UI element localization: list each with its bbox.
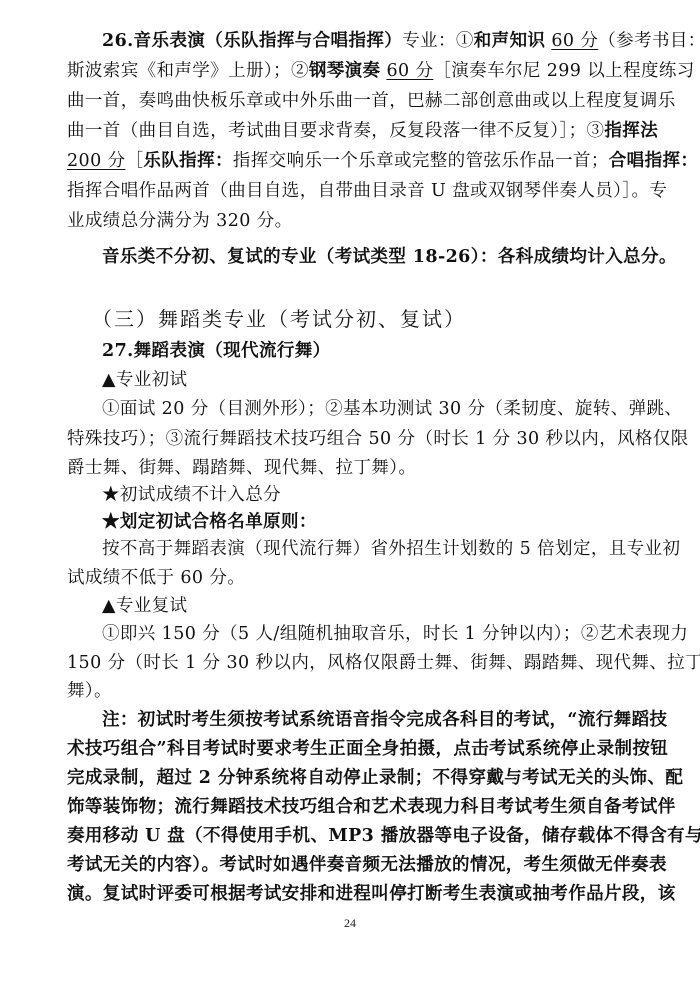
final-label: ▲专业复试: [102, 595, 632, 617]
document-page: 26.音乐表演（乐队指挥与合唱指挥）专业：①和声知识 60 分（参考书目： 斯波…: [0, 0, 700, 990]
label-orchestra-conducting: 乐队指挥：: [143, 151, 233, 171]
item-27-title: 27.舞蹈表演（现代流行舞）: [102, 340, 632, 362]
star-note-1: ★初试成绩不计入总分: [102, 484, 632, 506]
text: ［: [125, 151, 143, 171]
prelim-line-3: 爵士舞、街舞、蹋踏舞、现代舞、拉丁舞）。: [67, 457, 632, 479]
subject-harmony: 和声知识: [474, 31, 546, 51]
section-heading-dance: （三）舞蹈类专业（考试分初、复试）: [92, 308, 657, 330]
music-summary: 音乐类不分初、复试的专业（考试类型 18-26）：各科成绩均计入总分。: [102, 246, 632, 268]
label-choir-conducting: 合唱指挥：: [609, 151, 699, 171]
item-26-line-7: 业成绩总分满分为 320 分。: [67, 210, 632, 232]
item-26-title: 音乐表演（乐队指挥与合唱指挥）: [134, 31, 403, 51]
subject-piano: 钢琴演奏: [309, 61, 381, 81]
text: 斯波索宾《和声学》上册）；②: [67, 61, 309, 81]
text: （参考书目：: [598, 31, 700, 51]
item-26-line-5: 200 分［乐队指挥：指挥交响乐一个乐章或完整的管弦乐作品一首；合唱指挥：: [67, 150, 632, 172]
text: 专业：①: [402, 31, 474, 51]
final-line-3: 舞）。: [67, 680, 632, 702]
rule-line-1: 按不高于舞蹈表演（现代流行舞）省外招生计划数的 5 倍划定，且专业初: [102, 538, 632, 560]
note-line-7: 演。复试时评委可根据考试安排和进程叫停打断考生表演或抽考作品片段，该: [67, 883, 632, 905]
note-line-4: 饰等装饰物；流行舞蹈技术技巧组合和艺术表现力科目考试考生须自备考试伴: [67, 796, 632, 818]
item-26-line-2: 斯波索宾《和声学》上册）；②钢琴演奏 60 分［演奏车尔尼 299 以上程度练习: [67, 60, 632, 82]
page-number: 24: [0, 916, 700, 931]
note-line-3: 完成录制，超过 2 分钟系统将自动停止录制；不得穿戴与考试无关的头饰、配: [67, 767, 632, 789]
score-harmony: 60 分: [551, 31, 598, 51]
text: 指挥合唱作品两首（曲目自选，自带曲目录音 U 盘或双钢琴伴奏人员）］。专: [67, 181, 667, 201]
note-line-6: 考试无关的内容）。考试时如遇伴奏音频无法播放的情况，考生须做无伴奏表: [67, 854, 632, 876]
rule-line-2: 试成绩不低于 60 分。: [67, 567, 632, 589]
prelim-line-2: 特殊技巧）；③流行舞蹈技术技巧组合 50 分（时长 1 分 30 秒以内，风格仅…: [67, 428, 632, 450]
subject-conducting: 指挥法: [604, 121, 658, 141]
text: 曲一首，奏鸣曲快板乐章或中外乐曲一首，巴赫二部创意曲或以上程度复调乐: [67, 91, 676, 111]
note-line-5: 奏用移动 U 盘（不得使用手机、MP3 播放器等电子设备，储存载体不得含有与: [67, 825, 632, 847]
final-line-2: 150 分（时长 1 分 30 秒以内，风格仅限爵士舞、街舞、蹋踏舞、现代舞、拉…: [67, 652, 632, 674]
final-line-1: ①即兴 150 分（5 人/组随机抽取音乐，时长 1 分钟以内）；②艺术表现力: [102, 623, 632, 645]
note-line-1: 注：初试时考生须按考试系统语音指令完成各科目的考试，“流行舞蹈技: [102, 709, 632, 731]
score-conducting: 200 分: [67, 151, 125, 171]
item-26-number: 26.: [102, 31, 134, 51]
note-line-2: 术技巧组合”科目考试时要求考生正面全身拍摄，点击考试系统停止录制按钮: [67, 738, 632, 760]
item-26-line-6: 指挥合唱作品两首（曲目自选，自带曲目录音 U 盘或双钢琴伴奏人员）］。专: [67, 180, 632, 202]
text: 指挥交响乐一个乐章或完整的管弦乐作品一首；: [233, 151, 609, 171]
item-26-line-4: 曲一首（曲目自选，考试曲目要求背奏，反复段落一律不反复）］；③指挥法: [67, 120, 632, 142]
star-note-2: ★划定初试合格名单原则：: [102, 511, 632, 533]
text: 曲一首（曲目自选，考试曲目要求背奏，反复段落一律不反复）］；③: [67, 121, 604, 141]
item-26-line-3: 曲一首，奏鸣曲快板乐章或中外乐曲一首，巴赫二部创意曲或以上程度复调乐: [67, 90, 632, 112]
text: ［演奏车尔尼 299 以上程度练习: [433, 61, 694, 81]
item-26-line-1: 26.音乐表演（乐队指挥与合唱指挥）专业：①和声知识 60 分（参考书目：: [102, 30, 632, 52]
text: 业成绩总分满分为 320 分。: [67, 211, 293, 231]
score-piano: 60 分: [386, 61, 433, 81]
prelim-line-1: ①面试 20 分（目测外形）；②基本功测试 30 分（柔韧度、旋转、弹跳、: [102, 398, 632, 420]
prelim-label: ▲专业初试: [102, 369, 632, 391]
